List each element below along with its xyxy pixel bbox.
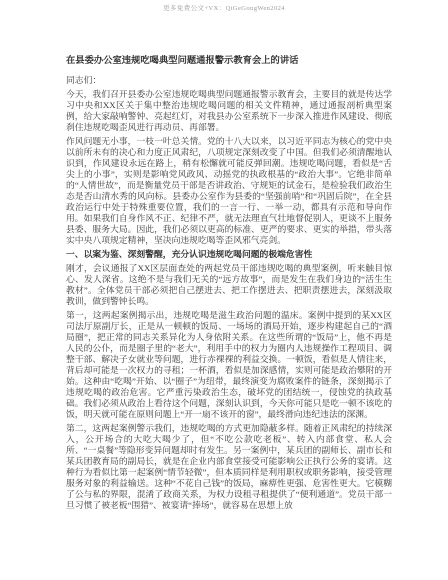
salutation: 同志们： <box>66 75 392 86</box>
section-1-heading: 一、以案为鉴、深刻警醒，充分认识违规吃喝问题的极端危害性 <box>66 249 392 260</box>
paragraph-section1-lead: 刚才，会议通报了XX区层面查处的两起党员干部违规吃喝的典型案例，听来触目惊心、发… <box>66 263 392 307</box>
document-page: 更多免费公文+VX：QiGeGongWen2024 在县委办公室违规吃喝典型问题… <box>0 0 448 580</box>
document-title: 在县委办公室违规吃喝典型问题通报警示教育会上的讲话 <box>66 56 392 67</box>
paragraph-intro: 今天，我们召开县委办公室违规吃喝典型问题通报警示教育会，主要目的就是传达学习中央… <box>66 89 392 133</box>
paragraph-section1-point1: 第一，这两起案例揭示出，违规吃喝是滋生政治问题的温床。案例中提到的某XX区司法厅… <box>66 310 392 420</box>
watermark-text: 更多免费公文+VX：QiGeGongWen2024 <box>0 5 448 13</box>
paragraph-section1-point2: 第二，这两起案例警示我们，违规吃喝的方式更加隐蔽多样。随着正风肃纪的持续深入，公… <box>66 423 392 511</box>
document-content: 在县委办公室违规吃喝典型问题通报警示教育会上的讲话 同志们： 今天，我们召开县委… <box>66 56 392 514</box>
paragraph-context: 作风问题无小事，一枝一叶总关情。党的十八大以来，以习近平同志为核心的党中央以前所… <box>66 136 392 246</box>
